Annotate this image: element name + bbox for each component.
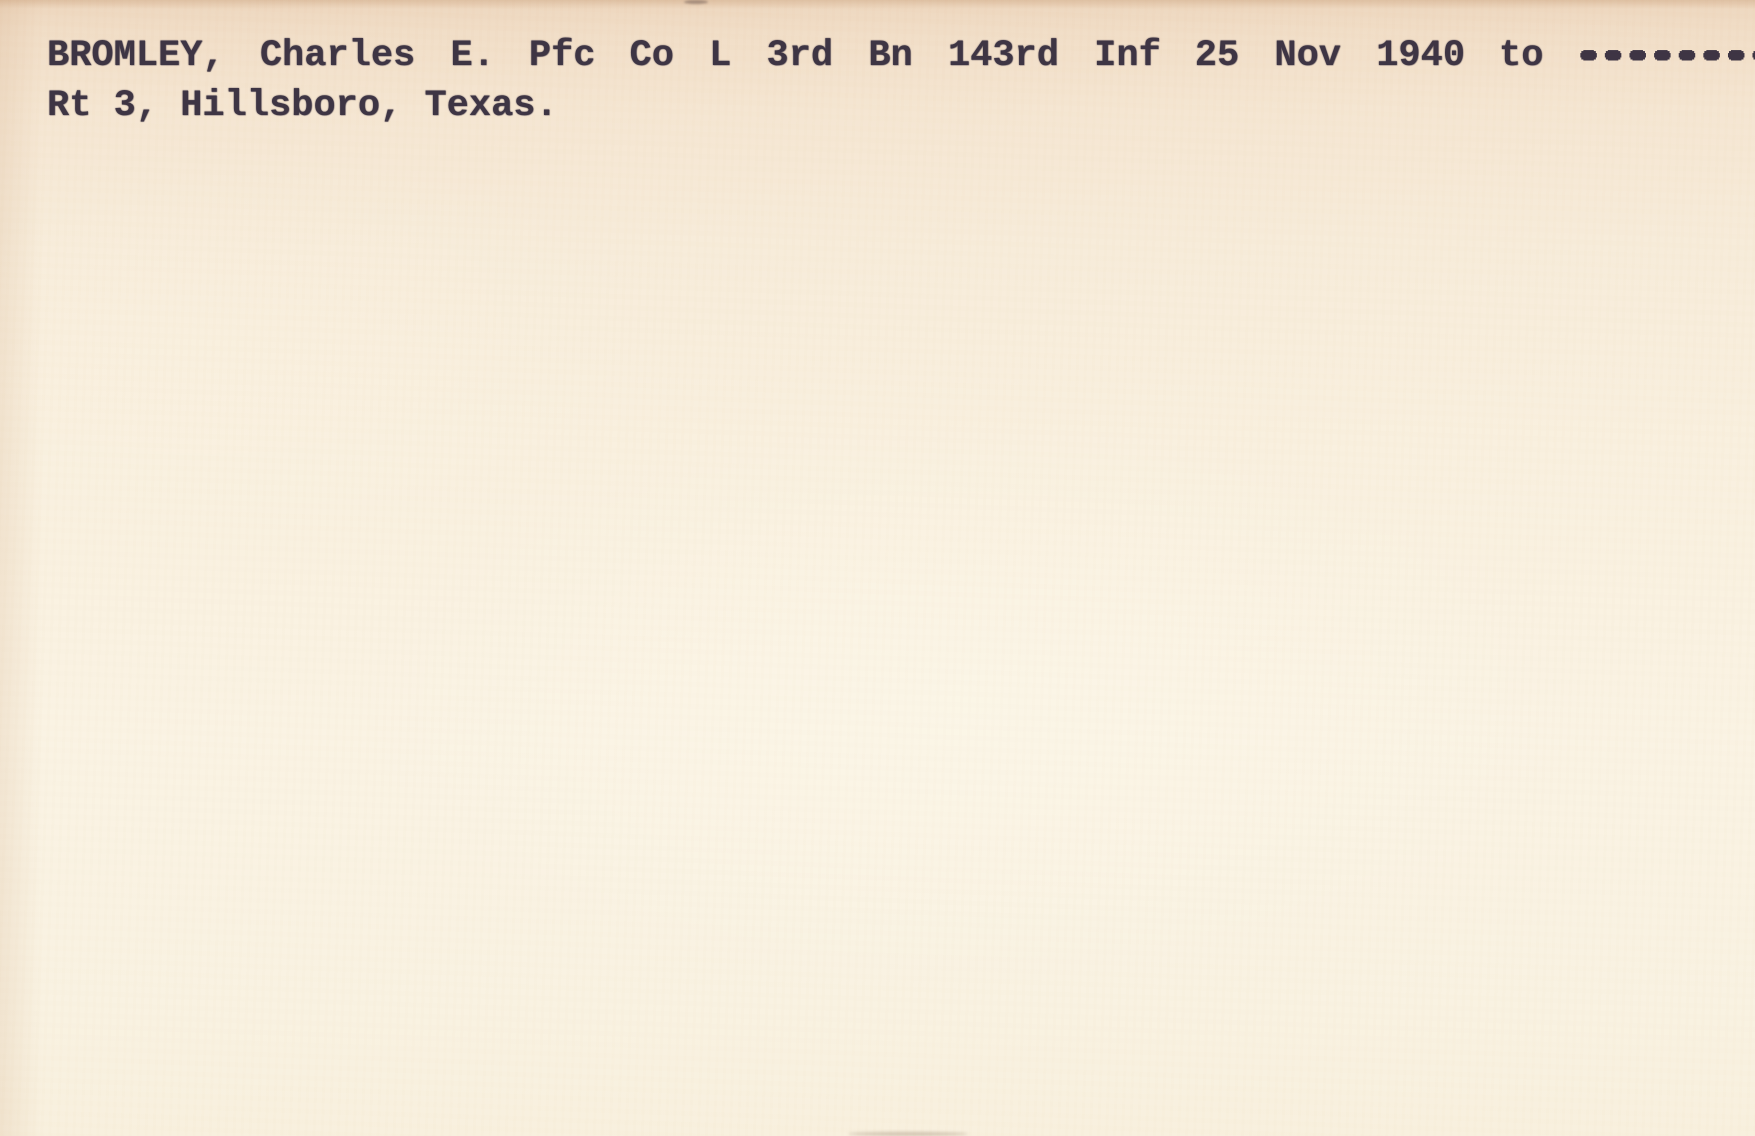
to-label: to [1499, 31, 1543, 81]
service-record-line: BROMLEY, Charles E. Pfc Co L 3rd Bn 143r… [47, 31, 1755, 81]
service-start-date: 25 Nov 1940 [1195, 31, 1465, 81]
end-date-dashes: -------- [1577, 31, 1755, 81]
unit: Co L 3rd Bn 143rd Inf [630, 31, 1161, 81]
soldier-name: BROMLEY, Charles E. [47, 31, 495, 81]
index-card: BROMLEY, Charles E. Pfc Co L 3rd Bn 143r… [0, 0, 1755, 1136]
scan-mark-artifact [848, 1132, 968, 1136]
address-line: Rt 3, Hillsboro, Texas. [47, 81, 1755, 131]
scan-edge-artifact [0, 0, 1755, 9]
typed-text-block: BROMLEY, Charles E. Pfc Co L 3rd Bn 143r… [47, 31, 1755, 131]
rank: Pfc [529, 31, 596, 81]
scan-speck-artifact [684, 0, 708, 4]
home-address: Rt 3, Hillsboro, Texas. [47, 85, 558, 127]
